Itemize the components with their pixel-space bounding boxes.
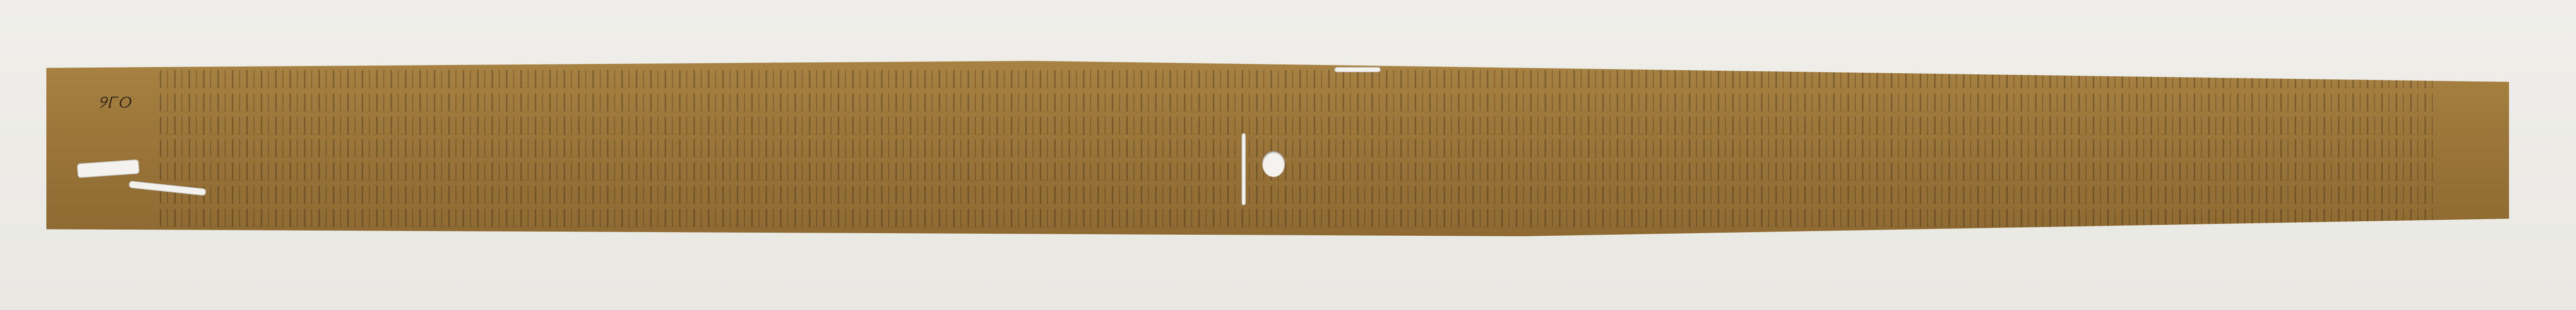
text-line — [160, 209, 2437, 227]
text-line — [160, 162, 2437, 181]
text-line — [160, 186, 2437, 204]
folio-number: ୨୮୦ — [98, 92, 131, 112]
leaf-crack — [1242, 133, 1246, 205]
insect-damage — [77, 159, 140, 178]
text-line — [160, 139, 2437, 157]
palm-leaf-folio: ୨୮୦ — [46, 61, 2509, 236]
binding-hole — [1262, 151, 1285, 177]
edge-damage — [1334, 67, 1381, 72]
manuscript-text-block — [160, 70, 2437, 227]
text-line — [160, 93, 2437, 111]
text-line — [160, 117, 2437, 135]
